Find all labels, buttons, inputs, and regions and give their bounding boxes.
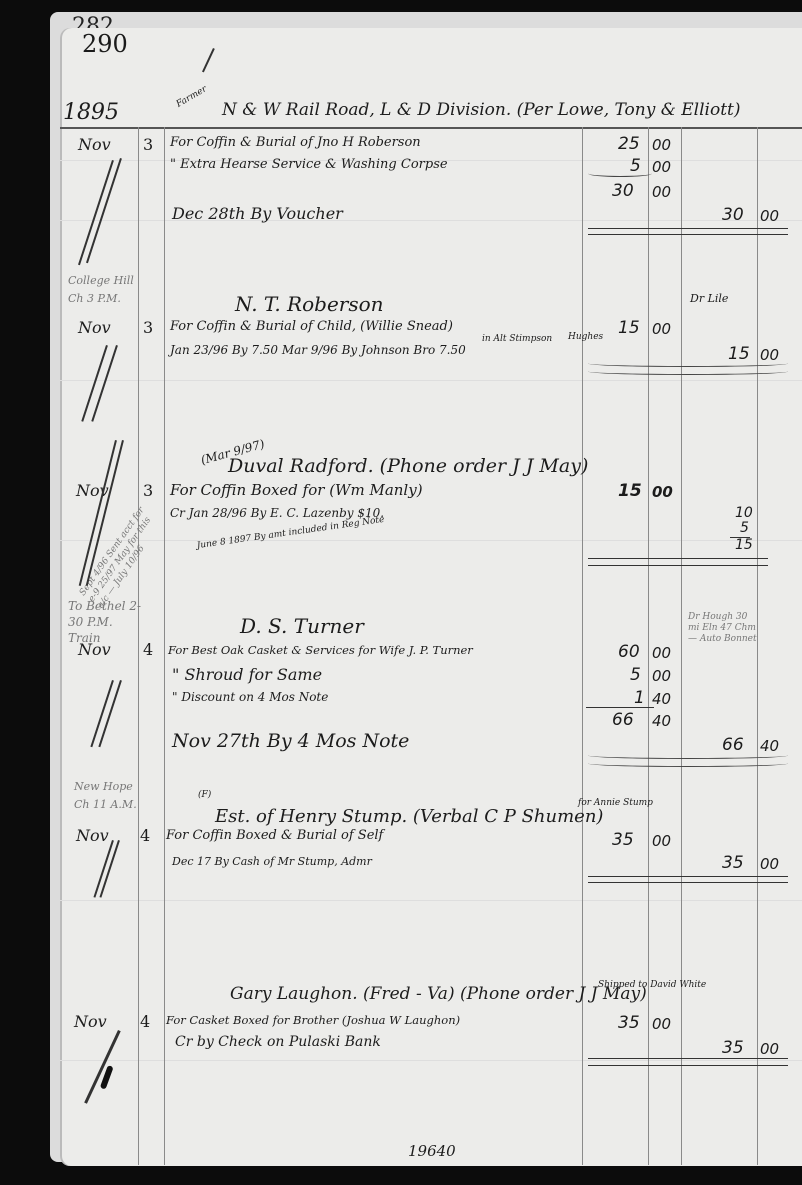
entry-month: Nov	[78, 135, 111, 154]
line-description: Dec 17 By Cash of Mr Stump, Admr	[172, 855, 372, 868]
credit-cents: 00	[760, 207, 779, 225]
debit-total: 66	[612, 710, 634, 730]
entry-day: 4	[143, 640, 153, 659]
ruled-line	[60, 1060, 802, 1061]
balance-rule	[588, 234, 788, 235]
column-rule-debit	[582, 127, 583, 1165]
balance-rule	[588, 1065, 788, 1066]
line-annotation: in Alt Stimpson	[482, 334, 552, 344]
debit-amount: 35	[618, 1013, 640, 1033]
line-description: " Extra Hearse Service & Washing Corpse	[170, 157, 448, 172]
debit-amount: 60	[618, 642, 640, 662]
line-description: " Shroud for Same	[172, 665, 322, 684]
balance-rule	[588, 368, 788, 375]
debit-total-cents: 00	[652, 183, 671, 201]
line-description: Jan 23/96 By 7.50 Mar 9/96 By Johnson Br…	[170, 343, 466, 357]
account-name: Duval Radford. (Phone order J J May)	[228, 455, 588, 477]
debit-cents: 00	[652, 320, 671, 338]
entry-day: 4	[140, 826, 150, 845]
account-name: N. T. Roberson	[235, 292, 384, 316]
ruled-line	[60, 540, 802, 541]
debit-amount: 15	[618, 318, 640, 338]
balance-rule	[588, 228, 788, 229]
margin-note: To Bethel 2-30 P.M. Train	[68, 598, 148, 646]
line-description: For Coffin Boxed & Burial of Self	[166, 828, 383, 843]
margin-note: New Hope Ch 11 A.M.	[74, 778, 144, 814]
credit-total: 15	[735, 537, 753, 553]
sum-rule	[586, 707, 654, 708]
margin-note: College Hill Ch 3 P.M.	[68, 272, 138, 308]
entry-day: 4	[140, 1012, 150, 1031]
balance-rule	[588, 1058, 788, 1059]
entry-day: 3	[143, 318, 153, 337]
debit-amount: 15	[618, 481, 642, 501]
account-name: Gary Laughon. (Fred - Va) (Phone order J…	[230, 984, 647, 1004]
account-name: Est. of Henry Stump. (Verbal C P Shumen)	[215, 806, 603, 827]
line-description: For Best Oak Casket & Services for Wife …	[168, 643, 473, 657]
credit-amount: 10	[735, 505, 753, 521]
line-annotation: Hughes	[568, 332, 603, 342]
debit-total: 30	[612, 181, 634, 201]
line-description: For Coffin & Burial of Child, (Willie Sn…	[170, 319, 453, 334]
line-description: Nov 27th By 4 Mos Note	[172, 730, 409, 752]
credit-cents: 00	[760, 855, 779, 873]
year: 1895	[63, 100, 119, 125]
page-total: 19640	[408, 1142, 456, 1160]
balance-rule	[588, 752, 788, 759]
debit-cents: 40	[652, 690, 671, 708]
balance-rule	[588, 882, 788, 883]
sum-rule	[588, 170, 652, 177]
line-description: " Discount on 4 Mos Note	[172, 690, 328, 704]
column-rule-credit	[681, 127, 682, 1165]
debit-total-cents: 40	[652, 712, 671, 730]
page-number: 290	[82, 30, 128, 58]
debit-cents: 00	[652, 158, 671, 176]
entry-day: 3	[143, 135, 153, 154]
column-rule-day	[138, 127, 139, 1165]
credit-amount: 35	[722, 853, 744, 873]
header-rule	[60, 127, 802, 129]
debit-cents: 00	[652, 1015, 671, 1033]
balance-rule	[588, 360, 788, 367]
balance-rule	[588, 565, 768, 566]
account-prefix-note: (F)	[198, 790, 211, 800]
column-rule-credit-cents	[757, 127, 758, 1165]
line-description: For Coffin & Burial of Jno H Roberson	[170, 135, 421, 150]
entry-month: Nov	[74, 1012, 107, 1031]
debit-cents: 00	[652, 136, 671, 154]
entry-month: Nov	[76, 826, 109, 845]
debit-amount: 35	[612, 830, 634, 850]
line-description: Cr Jan 28/96 By E. C. Lazenby $10.	[170, 506, 384, 520]
credit-amount: 35	[722, 1038, 744, 1058]
account-name: N & W Rail Road, L & D Division. (Per Lo…	[222, 100, 741, 120]
line-description: Cr by Check on Pulaski Bank	[175, 1034, 381, 1050]
column-rule-description	[164, 127, 165, 1165]
line-description: For Coffin Boxed for (Wm Manly)	[170, 481, 423, 499]
entry-day: 3	[143, 481, 153, 500]
debit-amount: 5	[630, 665, 641, 685]
debit-cents: 00	[652, 832, 671, 850]
credit-amount: 30	[722, 205, 744, 225]
account-name: D. S. Turner	[240, 614, 364, 638]
debit-amount: 25	[618, 134, 640, 154]
balance-rule	[588, 876, 788, 877]
debit-cents: 00	[652, 483, 673, 501]
column-rule-debit-cents	[648, 127, 649, 1165]
entry-month: Nov	[78, 318, 111, 337]
entry-month: Nov	[78, 640, 111, 659]
debit-cents: 00	[652, 644, 671, 662]
debit-amount: 1	[634, 688, 645, 708]
credit-cents: 00	[760, 1040, 779, 1058]
side-note: for Annie Stump	[578, 798, 653, 808]
side-note: Dr Hough 30 mi Eln 47 Chm— Auto Bonnet	[688, 612, 758, 645]
line-description: For Casket Boxed for Brother (Joshua W L…	[166, 1013, 460, 1027]
debit-cents: 00	[652, 667, 671, 685]
credit-amount: 5	[740, 520, 749, 536]
balance-rule	[588, 558, 768, 559]
ruled-line	[60, 380, 802, 381]
line-description: Dec 28th By Voucher	[172, 204, 343, 223]
balance-rule	[588, 760, 788, 767]
ruled-line	[60, 900, 802, 901]
side-note: Dr Lile	[690, 292, 728, 305]
